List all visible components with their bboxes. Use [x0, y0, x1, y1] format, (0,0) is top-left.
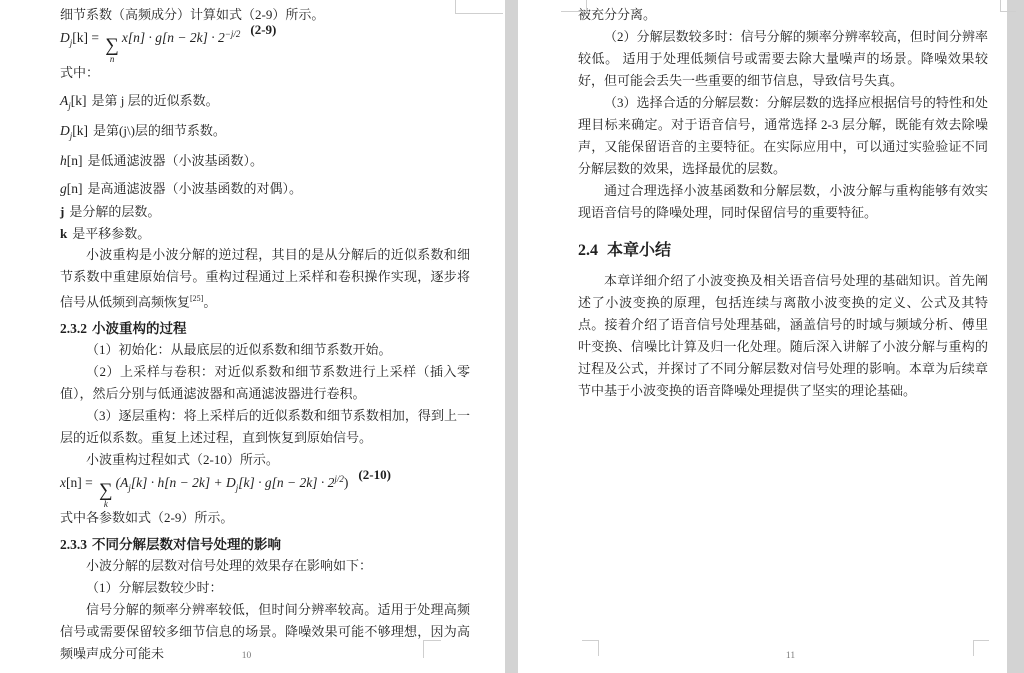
page-left-text-column: 细节系数（高频成分）计算如式（2-9）所示。 Dj[k] = ∑nx[n] · …	[60, 0, 470, 665]
paragraph-case1-label: （1）分解层数较少时：	[60, 577, 470, 599]
paragraph-step1: （1）初始化：从最底层的近似系数和细节系数开始。	[60, 339, 470, 361]
heading-2-4: 2.4本章小结	[578, 240, 988, 262]
sigma-symbol: ∑k	[99, 481, 113, 509]
page-right-text-column: 被充分分离。 （2）分解层数较多时：信号分解的频率分辨率较高，但时间分辨率较低。…	[578, 0, 988, 402]
paragraph-conclusion: 通过合理选择小波基函数和分解层数，小波分解与重构能够有效实现语音信号的降噪处理，…	[578, 180, 988, 224]
citation-marker: [25]	[190, 294, 203, 303]
paragraph-case2: （2）分解层数较多时：信号分解的频率分辨率较高，但时间分辨率较低。 适用于处理低…	[578, 26, 988, 92]
definition-D: Dj[k]是第(j\)层的细节系数。	[60, 119, 470, 144]
formula-2-9-lhs: D	[60, 30, 70, 45]
paragraph-step3: （3）逐层重构：将上采样后的近似系数和细节系数相加，得到上一层的近似系数。重复上…	[60, 405, 470, 449]
sigma-symbol: ∑n	[105, 36, 119, 64]
definition-h: h[n]是低通滤波器（小波基函数）。	[60, 149, 470, 172]
paragraph-impact-intro: 小波分解的层数对信号处理的效果存在影响如下：	[60, 555, 470, 577]
heading-2-3-2: 2.3.2小波重构的过程	[60, 319, 470, 339]
heading-2-3-3: 2.3.3不同分解层数对信号处理的影响	[60, 535, 470, 555]
equation-label-2-10: (2-10)	[358, 467, 391, 483]
where-label: 式中：	[60, 62, 470, 84]
equation-label-2-9: (2-9)	[250, 22, 276, 38]
paragraph-formula-intro: 小波重构过程如式（2-10）所示。	[60, 449, 470, 471]
crop-mark-left-page-top-right	[455, 0, 503, 14]
paragraph-step2: （2）上采样与卷积：对近似系数和细节系数进行上采样（插入零值），然后分别与低通滤…	[60, 361, 470, 405]
formula-2-9: Dj[k] = ∑nx[n] · g[n − 2k] · 2−j/2(2-9)	[60, 30, 470, 60]
crop-mark-right-page-top-left	[561, 0, 587, 12]
page-right[interactable]: 被充分分离。 （2）分解层数较多时：信号分解的频率分辨率较高，但时间分辨率较低。…	[518, 0, 1007, 673]
page-number-right: 11	[546, 651, 1024, 661]
paragraph-formula-note: 式中各参数如式（2-9）所示。	[60, 507, 470, 529]
crop-mark-left-page-bottom-right	[423, 640, 441, 658]
paragraph-chapter-summary: 本章详细介绍了小波变换及相关语音信号处理的基础知识。首先阐述了小波变换的原理，包…	[578, 270, 988, 402]
definition-k: k是平移参数。	[60, 223, 470, 244]
paragraph-case3: （3）选择合适的分解层数：分解层数的选择应根据信号的特性和处理目标来确定。对于语…	[578, 92, 988, 180]
definition-g: g[n]是高通滤波器（小波基函数的对偶）。	[60, 177, 470, 200]
crop-mark-right-page-bottom-right	[973, 640, 989, 656]
definition-A: Aj[k]是第 j 层的近似系数。	[60, 89, 470, 114]
formula-2-10: x[n] = ∑k(Aj[k] · h[n − 2k] + Dj[k] · g[…	[60, 475, 470, 505]
paragraph-continuation: 被充分分离。	[578, 4, 988, 26]
crop-mark-right-page-bottom-left	[582, 640, 599, 656]
definition-j: j是分解的层数。	[60, 201, 470, 222]
crop-mark-right-page-top-right	[1000, 0, 1016, 12]
document-view: 细节系数（高频成分）计算如式（2-9）所示。 Dj[k] = ∑nx[n] · …	[0, 0, 1024, 673]
page-left[interactable]: 细节系数（高频成分）计算如式（2-9）所示。 Dj[k] = ∑nx[n] · …	[0, 0, 505, 673]
paragraph-reconstruction: 小波重构是小波分解的逆过程，其目的是从分解后的近似系数和细节系数中重建原始信号。…	[60, 244, 470, 313]
